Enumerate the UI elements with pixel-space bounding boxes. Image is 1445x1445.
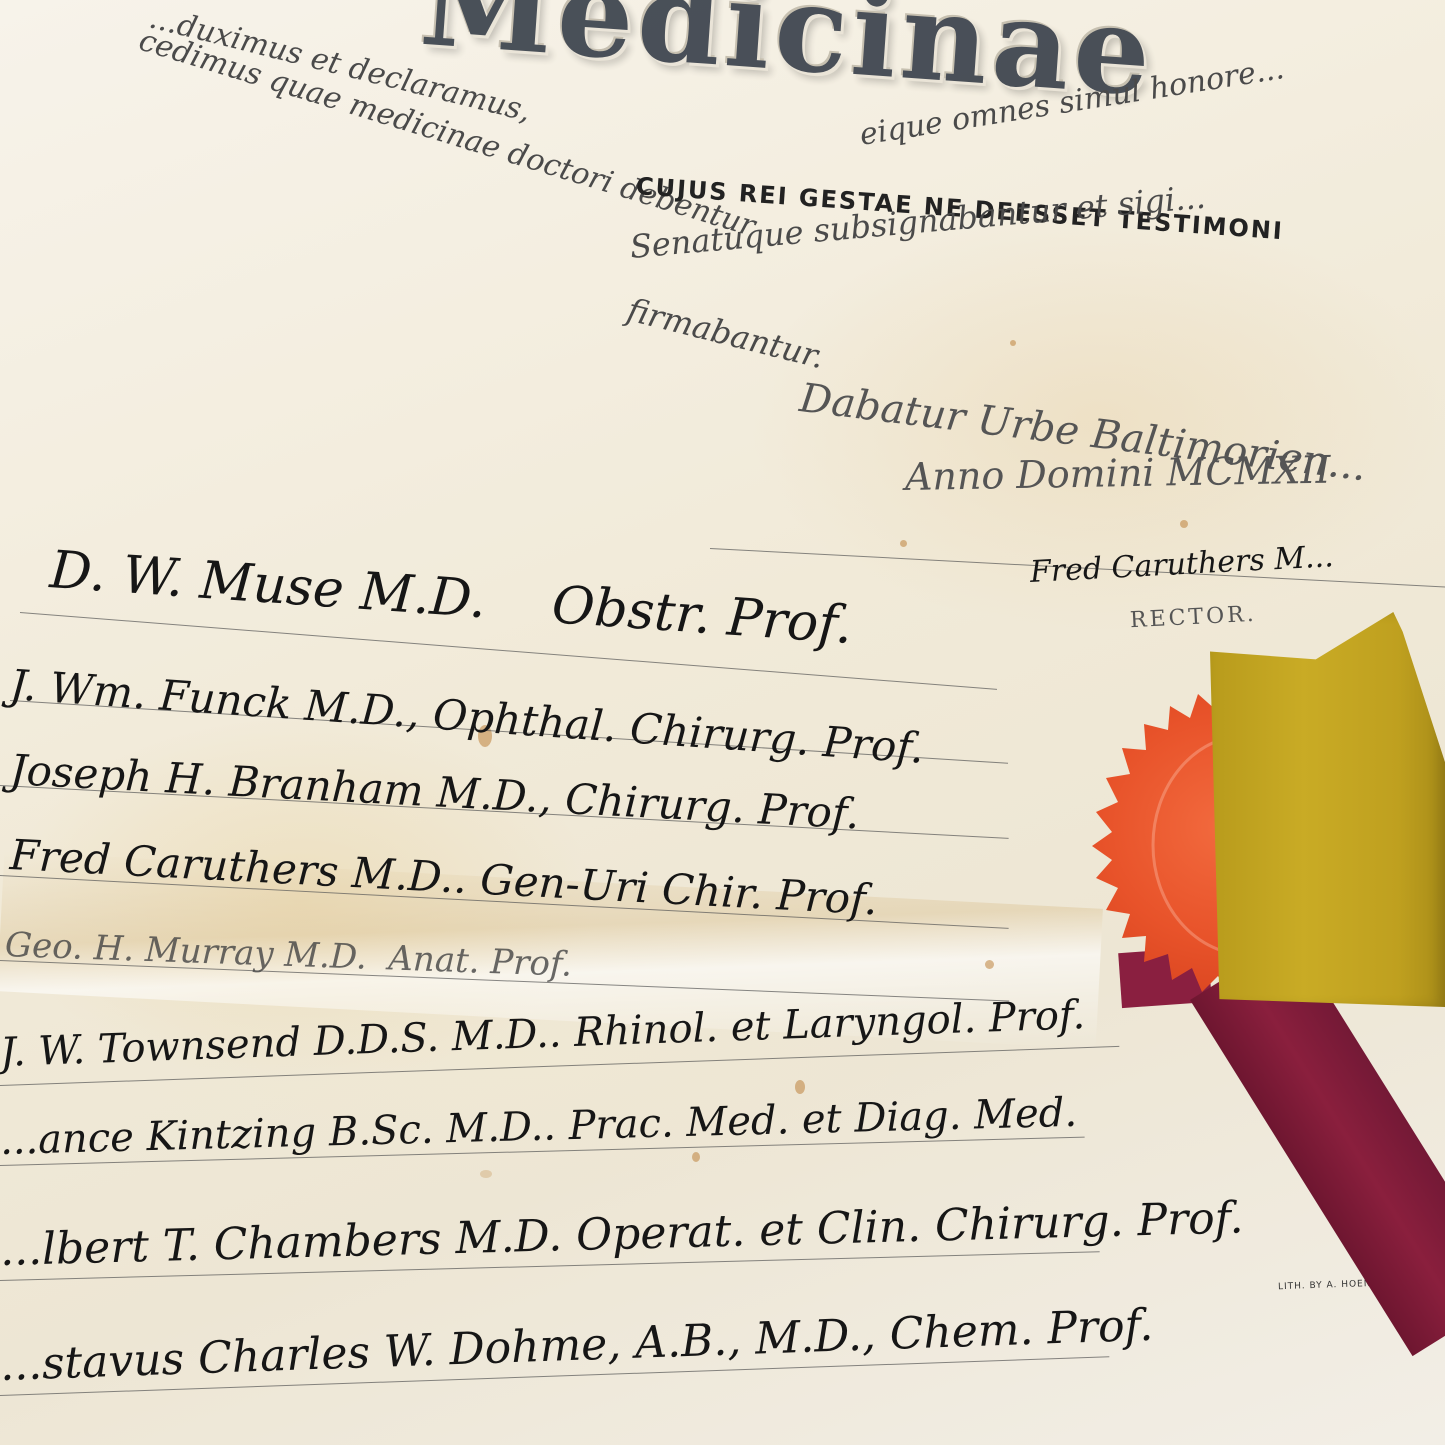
- stain-spot: [900, 540, 907, 547]
- stain-spot: [795, 1080, 805, 1094]
- stain-spot: [692, 1152, 700, 1162]
- faculty-title: Anat. Prof.: [388, 938, 573, 984]
- year-line: Anno Domini MCMXII: [905, 448, 1331, 499]
- stain-spot: [1180, 520, 1188, 528]
- gold-ribbon: [1210, 612, 1445, 1007]
- faculty-title: Chem. Prof.: [889, 1300, 1154, 1360]
- stain-spot: [480, 1170, 492, 1178]
- stain-spot: [985, 960, 994, 969]
- stain-spot: [1010, 340, 1016, 346]
